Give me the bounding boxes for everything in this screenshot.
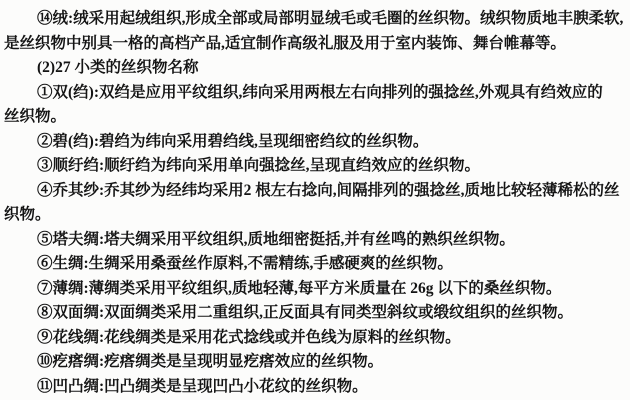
text-line: 织物。 bbox=[4, 203, 627, 228]
text-line: ④乔其纱:乔其纱为经纬均采用2 根左右捻向,间隔排列的强捻丝,质地比较轻薄稀松的… bbox=[4, 179, 627, 204]
text-line: ⑨花线绸:花线绸类是采用花式捻线或并色线为原料的丝织物。 bbox=[4, 326, 627, 351]
text-line: ⑥生绸:生绸采用桑蚕丝作原料,不需精练,手感硬爽的丝织物。 bbox=[4, 252, 627, 277]
text-line: ⑩疙瘩绸:疙瘩绸类是呈现明显疙瘩效应的丝织物。 bbox=[4, 350, 627, 375]
text-line: ③顺纡绉:顺纡绉为纬向采用单向强捻丝,呈现直绉效应的丝织物。 bbox=[4, 154, 627, 179]
text-line: (2)27 小类的丝织物名称 bbox=[4, 56, 627, 81]
text-line: 是丝织物中别具一格的高档产品,适宜制作高级礼服及用于室内装饰、舞台帷幕等。 bbox=[4, 32, 627, 57]
document-text: ⑭绒:绒采用起绒组织,形成全部或局部明显绒毛或毛圈的丝织物。绒织物质地丰腴柔软,… bbox=[4, 7, 627, 399]
text-line: ⑪凹凸绸:凹凸绸类是呈现凹凸小花纹的丝织物。 bbox=[4, 375, 627, 400]
text-line: ⑤塔夫绸:塔夫绸采用平纹组织,质地细密挺括,并有丝鸣的熟织丝织物。 bbox=[4, 228, 627, 253]
text-line: ⑦薄绸:薄绸类采用平纹组织,质地轻薄,每平方米质量在 26g 以下的桑丝织物。 bbox=[4, 277, 627, 302]
document-page: ⑭绒:绒采用起绒组织,形成全部或局部明显绒毛或毛圈的丝织物。绒织物质地丰腴柔软,… bbox=[0, 0, 630, 400]
text-line: ⑭绒:绒采用起绒组织,形成全部或局部明显绒毛或毛圈的丝织物。绒织物质地丰腴柔软, bbox=[4, 7, 627, 32]
text-line: 丝织物。 bbox=[4, 105, 627, 130]
text-line: ②碧(绉):碧绉为纬向采用碧绉线,呈现细密绉纹的丝织物。 bbox=[4, 130, 627, 155]
text-line: ①双(绉):双绉是应用平纹组织,纬向采用两根左右向排列的强捻丝,外观具有绉效应的 bbox=[4, 81, 627, 106]
text-line: ⑧双面绸:双面绸类采用二重组织,正反面具有同类型斜纹或缎纹组织的丝织物。 bbox=[4, 301, 627, 326]
